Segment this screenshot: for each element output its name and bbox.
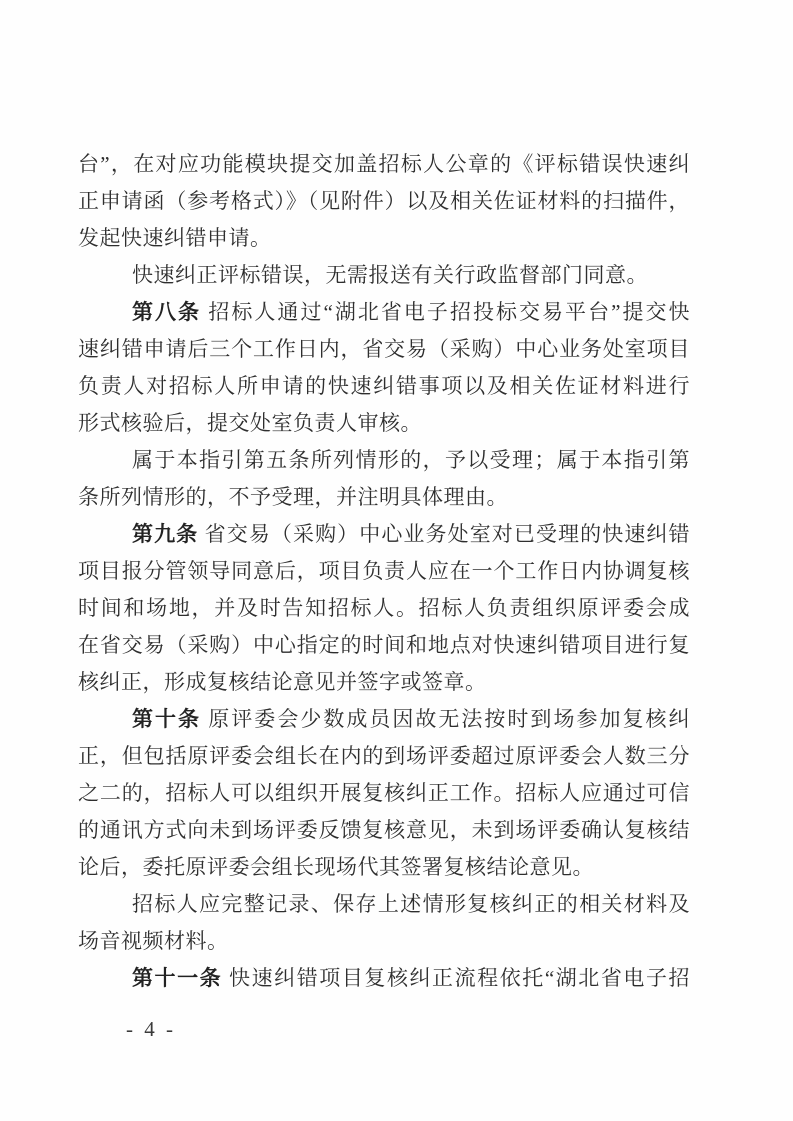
text-line: 负责人对招标人所申请的快速纠错事项以及相关佐证材料进行 bbox=[78, 368, 690, 405]
text-line: 招标人应完整记录、保存上述情形复核纠正的相关材料及现 bbox=[78, 886, 690, 923]
text-line: 条所列情形的，不予受理，并注明具体理由。 bbox=[78, 479, 690, 516]
text-line: 第九条 省交易（采购）中心业务处室对已受理的快速纠错 bbox=[78, 516, 690, 553]
text-line: 场音视频材料。 bbox=[78, 923, 690, 960]
text-line: 时间和场地，并及时告知招标人。招标人负责组织原评委会成员， bbox=[78, 590, 690, 627]
article-number: 第十条 bbox=[132, 708, 201, 731]
page-number: - 4 - bbox=[126, 1017, 176, 1042]
text-line: 项目报分管领导同意后，项目负责人应在一个工作日内协调复核 bbox=[78, 553, 690, 590]
article-number: 第九条 bbox=[132, 523, 198, 546]
text-block: 台”，在对应功能模块提交加盖招标人公章的《评标错误快速纠正申请函（参考格式）》（… bbox=[78, 146, 690, 997]
text-line: 的通讯方式向未到场评委反馈复核意见，未到场评委确认复核结 bbox=[78, 812, 690, 849]
text-line: 发起快速纠错申请。 bbox=[78, 220, 690, 257]
article-number: 第八条 bbox=[132, 301, 201, 324]
text-line: 论后，委托原评委会组长现场代其签署复核结论意见。 bbox=[78, 849, 690, 886]
text-line: 速纠错申请后三个工作日内，省交易（采购）中心业务处室项目 bbox=[78, 331, 690, 368]
text-line: 在省交易（采购）中心指定的时间和地点对快速纠错项目进行复 bbox=[78, 627, 690, 664]
text-line: 形式核验后，提交处室负责人审核。 bbox=[78, 405, 690, 442]
text-line: 核纠正，形成复核结论意见并签字或签章。 bbox=[78, 664, 690, 701]
text-line: 台”，在对应功能模块提交加盖招标人公章的《评标错误快速纠 bbox=[78, 146, 690, 183]
text-line: 属于本指引第五条所列情形的，予以受理；属于本指引第六 bbox=[78, 442, 690, 479]
text-line: 第十一条 快速纠错项目复核纠正流程依托“湖北省电子招 bbox=[78, 960, 690, 997]
text-line: 快速纠正评标错误，无需报送有关行政监督部门同意。 bbox=[78, 257, 690, 294]
text-line: 第八条 招标人通过“湖北省电子招投标交易平台”提交快 bbox=[78, 294, 690, 331]
text-line: 正，但包括原评委会组长在内的到场评委超过原评委会人数三分 bbox=[78, 738, 690, 775]
text-line: 正申请函（参考格式）》（见附件）以及相关佐证材料的扫描件， bbox=[78, 183, 690, 220]
article-number: 第十一条 bbox=[132, 967, 222, 990]
text-line: 之二的，招标人可以组织开展复核纠正工作。招标人应通过可信 bbox=[78, 775, 690, 812]
text-line: 第十条 原评委会少数成员因故无法按时到场参加复核纠 bbox=[78, 701, 690, 738]
document-page: 台”，在对应功能模块提交加盖招标人公章的《评标错误快速纠正申请函（参考格式）》（… bbox=[0, 0, 793, 1121]
